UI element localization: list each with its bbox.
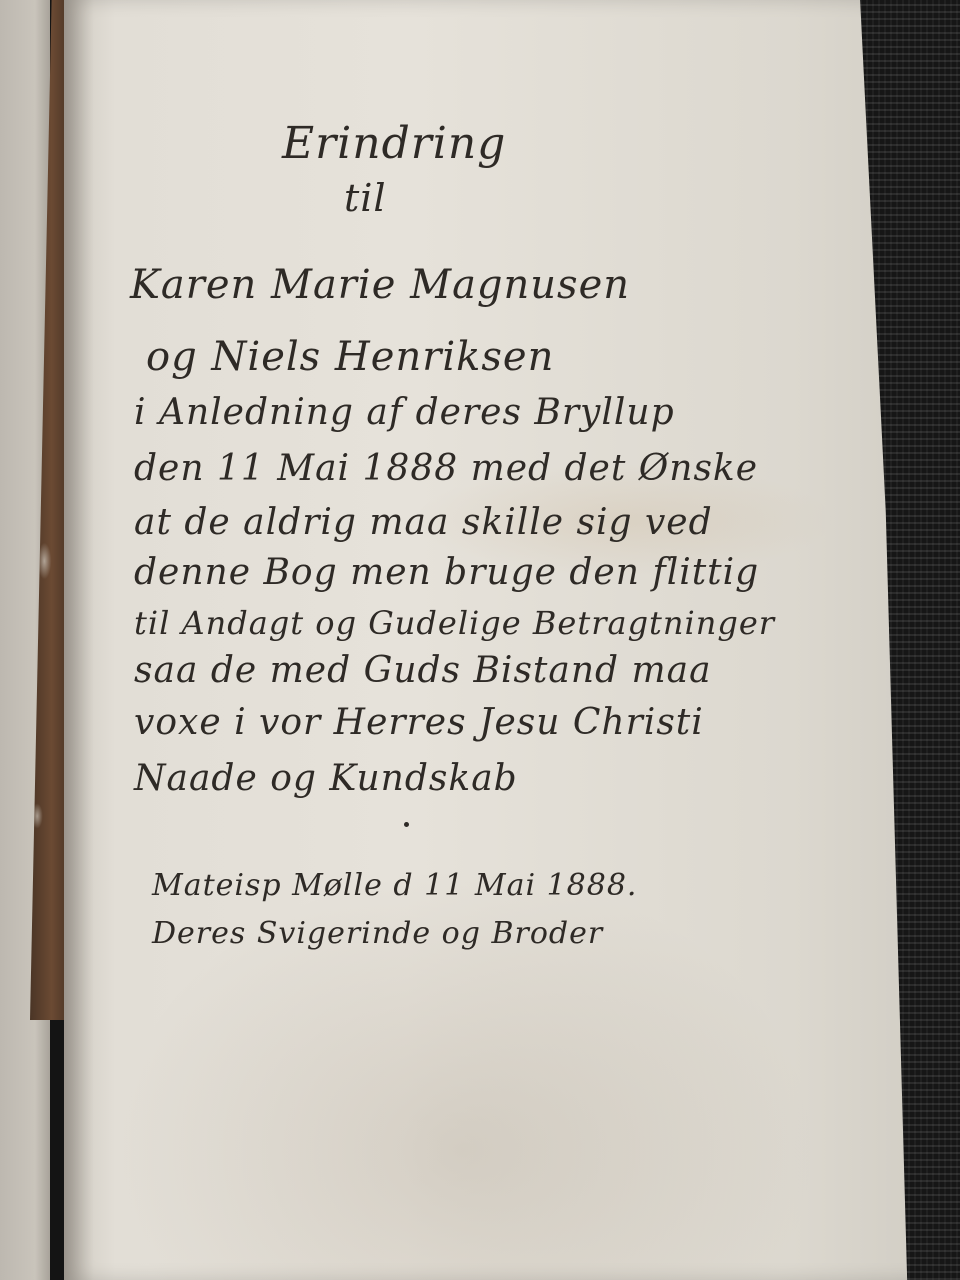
inscription-line: saa de med Guds Bistand maa: [134, 650, 712, 691]
inscription-line: og Niels Henriksen: [146, 334, 554, 380]
ink-dot: [404, 822, 409, 827]
inscription-heading-sub: til: [344, 176, 387, 220]
gutter-shadow: [64, 0, 94, 1280]
inscription-heading: Erindring: [282, 118, 506, 169]
inscription-line: den 11 Mai 1888 med det Ønske: [134, 448, 758, 489]
inscription-line: i Anledning af deres Bryllup: [134, 392, 675, 433]
place-date-line: Mateisp Mølle d 11 Mai 1888.: [152, 868, 637, 903]
inscription-line: denne Bog men bruge den flittig: [134, 552, 759, 593]
inscription-line: at de aldrig maa skille sig ved: [134, 502, 713, 543]
signature-line: Deres Svigerinde og Broder: [152, 916, 603, 951]
inscription-line: til Andagt og Gudelige Betragtninger: [134, 604, 775, 642]
inscription-line: voxe i vor Herres Jesu Christi: [134, 702, 704, 743]
inscription-line: Naade og Kundskab: [134, 758, 518, 799]
inscription-line: Karen Marie Magnusen: [130, 262, 630, 308]
